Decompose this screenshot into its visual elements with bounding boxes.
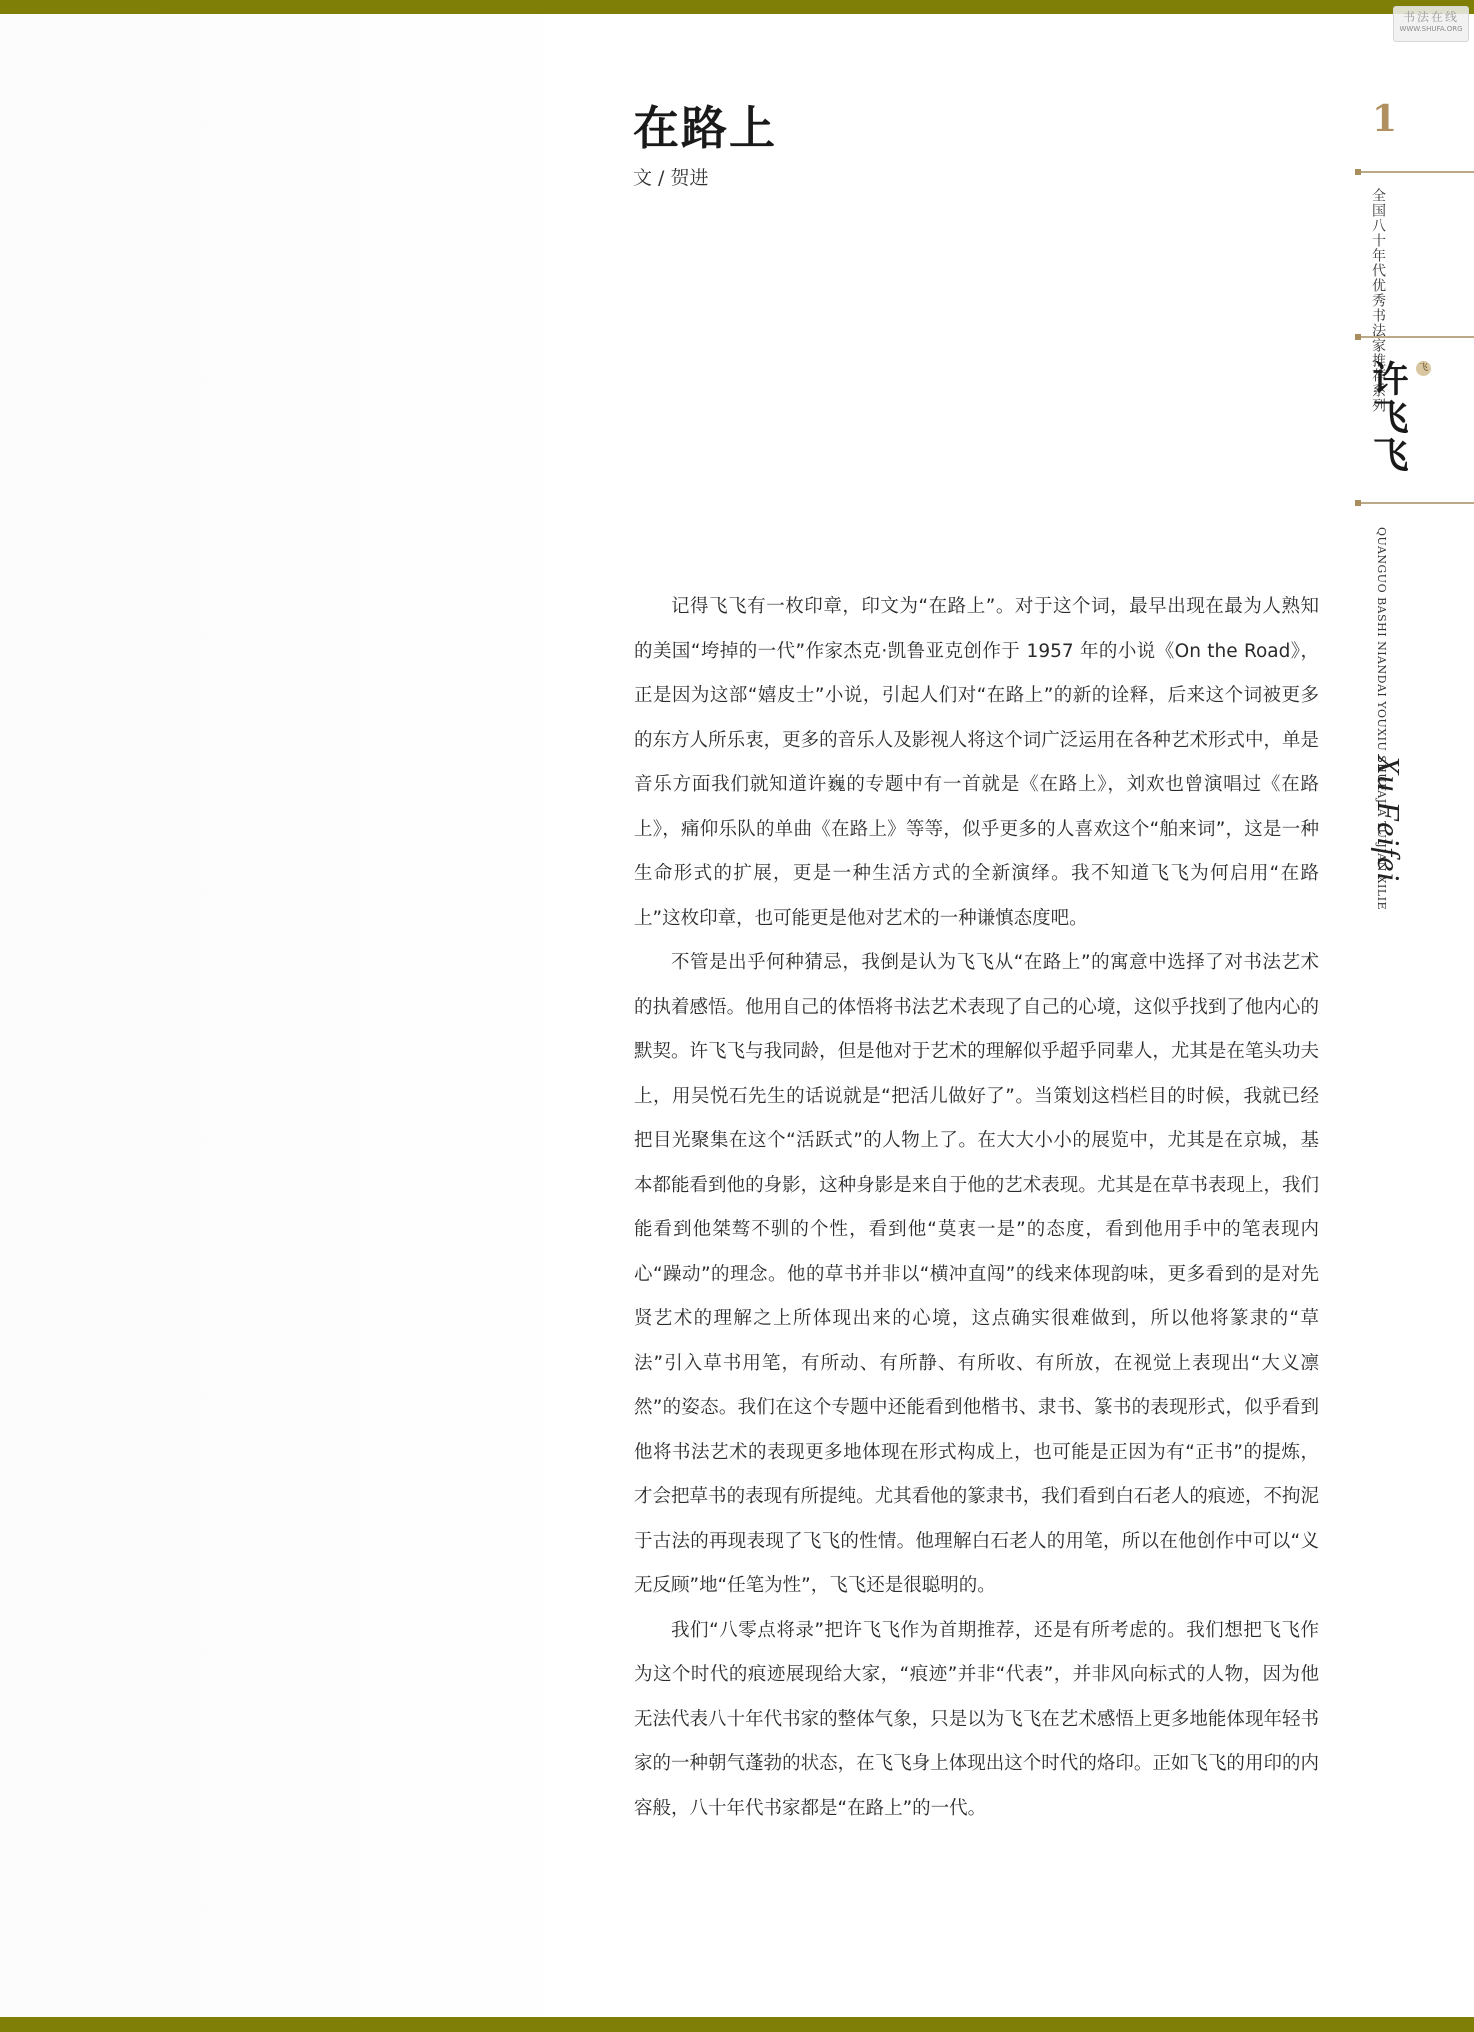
article-body: 记得飞飞有一枚印章，印文为“在路上”。对于这个词，最早出现在最为人熟知的美国“垮… [634,585,1319,1831]
watermark-text: 书法在线 [1394,10,1468,24]
watermark-url: WWW.SHUFA.ORG [1394,24,1468,34]
divider-rule [1357,171,1474,173]
page-number: 1 [1372,98,1397,140]
seal-stamp-icon: 飞 [1416,361,1431,376]
watermark-logo: 书法在线 WWW.SHUFA.ORG [1393,6,1469,42]
bottom-color-bar [0,2017,1474,2032]
article-paragraph: 记得飞飞有一枚印章，印文为“在路上”。对于这个词，最早出现在最为人熟知的美国“垮… [634,585,1319,941]
page-left-margin [0,14,600,2017]
artist-name-cn: 许飞飞 [1368,360,1408,474]
divider-rule [1357,336,1474,338]
artist-name-en: Xu Feifei [1370,755,1407,882]
top-color-bar [0,0,1474,14]
article-title: 在路上 [633,100,777,156]
article-paragraph: 不管是出乎何种猜忌，我倒是认为飞飞从“在路上”的寓意中选择了对书法艺术的执着感悟… [634,941,1319,1609]
divider-rule [1357,502,1474,504]
article-paragraph: 我们“八零点将录”把许飞飞作为首期推荐，还是有所考虑的。我们想把飞飞作为这个时代… [634,1609,1319,1832]
article-byline: 文 / 贺进 [633,165,708,191]
